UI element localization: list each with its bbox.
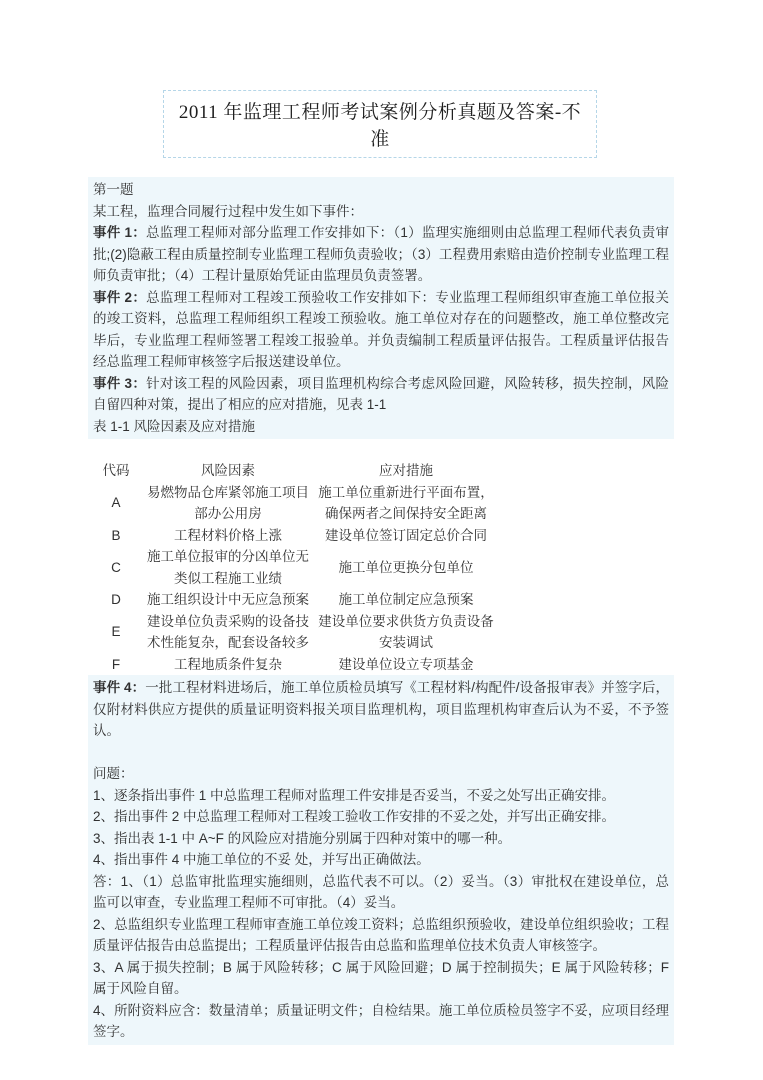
section-problem-statement: 第一题 某工程，监理合同履行过程中发生如下事件： 事件 1：总监理工程师对部分监… bbox=[88, 177, 674, 439]
question-item: 1、逐条指出事件 1 中总监理工程师对监理工件安排是否妥当，不妥之处写出正确安排… bbox=[93, 785, 669, 807]
document-title-box: 2011 年监理工程师考试案例分析真题及答案-不准 bbox=[163, 90, 597, 158]
paragraph-text: 4、所附资料应含：数量清单；质量证明文件；自检结果。施工单位质检员签字不妥，应项… bbox=[93, 1003, 669, 1040]
cell-code: E bbox=[88, 621, 144, 643]
question-item: 3、指出表 1-1 中 A~F 的风险应对措施分别属于四种对策中的哪一种。 bbox=[93, 828, 669, 850]
table-row: F 工程地质条件复杂 建设单位设立专项基金 bbox=[88, 654, 588, 676]
cell-measure: 施工单位重新进行平面布置，确保两者之间保持安全距离 bbox=[312, 482, 500, 525]
paragraph: 事件 2：总监理工程师对工程竣工预验收工作安排如下：专业监理工程师组织审查施工单… bbox=[93, 287, 669, 373]
paragraph-text: 4、指出事件 4 中施工单位的不妥 处，并写出正确做法。 bbox=[93, 852, 430, 867]
table-caption: 表 1-1 风险因素及应对措施 bbox=[93, 416, 669, 438]
answer-item: 3、A 属于损失控制；B 属于风险转移；C 属于风险回避；D 属于控制损失；E … bbox=[93, 957, 669, 1000]
document-title: 2011 年监理工程师考试案例分析真题及答案-不准 bbox=[179, 102, 581, 150]
header-factor: 风险因素 bbox=[144, 460, 312, 482]
cell-factor: 施工单位报审的分凶单位无类似工程施工业绩 bbox=[144, 546, 312, 589]
cell-code: A bbox=[88, 492, 144, 514]
paragraph-text: 1、逐条指出事件 1 中总监理工程师对监理工件安排是否妥当，不妥之处写出正确安排… bbox=[93, 788, 615, 803]
table-row: E 建设单位负责采购的设备技术性能复杂，配套设备较多 建设单位要求供货方负责设备… bbox=[88, 611, 588, 654]
question-item: 2、指出事件 2 中总监理工程师对工程竣工验收工作安排的不妥之处，并写出正确安排… bbox=[93, 806, 669, 828]
paragraph: 某工程，监理合同履行过程中发生如下事件： bbox=[93, 201, 669, 223]
paragraph-bold-prefix: 事件 4： bbox=[93, 680, 145, 695]
spacer-line bbox=[93, 742, 669, 764]
paragraph: 事件 4：一批工程材料进场后，施工单位质检员填写《工程材料/构配件/设备报审表》… bbox=[93, 677, 669, 742]
table-row: C 施工单位报审的分凶单位无类似工程施工业绩 施工单位更换分包单位 bbox=[88, 546, 588, 589]
cell-measure: 施工单位制定应急预案 bbox=[312, 589, 500, 611]
paragraph-bold-prefix: 事件 2： bbox=[93, 290, 146, 305]
cell-code: C bbox=[88, 557, 144, 579]
paragraph-text: 问题： bbox=[93, 766, 134, 781]
cell-code: B bbox=[88, 525, 144, 547]
paragraph-text: 3、指出表 1-1 中 A~F 的风险应对措施分别属于四种对策中的哪一种。 bbox=[93, 831, 511, 846]
cell-measure: 建设单位签订固定总价合同 bbox=[312, 525, 500, 547]
header-code: 代码 bbox=[88, 460, 144, 482]
answer-item: 2、总监组织专业监理工程师审查施工单位竣工资料；总监组织预验收，建设单位组织验收… bbox=[93, 914, 669, 957]
cell-factor: 易燃物品仓库紧邻施工项目部办公用房 bbox=[144, 482, 312, 525]
table-row: A 易燃物品仓库紧邻施工项目部办公用房 施工单位重新进行平面布置，确保两者之间保… bbox=[88, 482, 588, 525]
paragraph-text: 3、A 属于损失控制；B 属于风险转移；C 属于风险回避；D 属于控制损失；E … bbox=[93, 960, 669, 997]
cell-factor: 建设单位负责采购的设备技术性能复杂，配套设备较多 bbox=[144, 611, 312, 654]
paragraph-text: 2、指出事件 2 中总监理工程师对工程竣工验收工作安排的不妥之处，并写出正确安排… bbox=[93, 809, 615, 824]
paragraph-bold-prefix: 事件 3： bbox=[93, 376, 146, 391]
cell-factor: 工程材料价格上涨 bbox=[144, 525, 312, 547]
paragraph-text: 总监理工程师对部分监理工作安排如下：（1）监理实施细则由总监理工程师代表负责审批… bbox=[93, 225, 669, 283]
table-header-row: 代码 风险因素 应对措施 bbox=[88, 460, 588, 482]
section-questions-answers: 事件 4：一批工程材料进场后，施工单位质检员填写《工程材料/构配件/设备报审表》… bbox=[88, 675, 674, 1045]
risk-table: 代码 风险因素 应对措施 A 易燃物品仓库紧邻施工项目部办公用房 施工单位重新进… bbox=[88, 439, 588, 675]
table-row: D 施工组织设计中无应急预案 施工单位制定应急预案 bbox=[88, 589, 588, 611]
document-page: 2011 年监理工程师考试案例分析真题及答案-不准 第一题 某工程，监理合同履行… bbox=[0, 0, 763, 1080]
answer-item: 4、所附资料应含：数量清单；质量证明文件；自检结果。施工单位质检员签字不妥，应项… bbox=[93, 1000, 669, 1043]
paragraph-text: 表 1-1 风险因素及应对措施 bbox=[93, 419, 255, 434]
paragraph-text: 总监理工程师对工程竣工预验收工作安排如下：专业监理工程师组织审查施工单位报关的竣… bbox=[93, 290, 669, 370]
header-measure: 应对措施 bbox=[312, 460, 500, 482]
paragraph-text: 答：1、（1）总监审批监理实施细则，总监代表不可以。（2）妥当。（3）审批权在建… bbox=[93, 874, 669, 911]
table-row: B 工程材料价格上涨 建设单位签订固定总价合同 bbox=[88, 525, 588, 547]
paragraph: 第一题 bbox=[93, 179, 669, 201]
paragraph-text: 第一题 bbox=[93, 182, 134, 197]
paragraph-text: 某工程，监理合同履行过程中发生如下事件： bbox=[93, 204, 363, 219]
cell-measure: 施工单位更换分包单位 bbox=[312, 557, 500, 579]
cell-factor: 施工组织设计中无应急预案 bbox=[144, 589, 312, 611]
questions-heading: 问题： bbox=[93, 763, 669, 785]
paragraph-text: 针对该工程的风险因素，项目监理机构综合考虑风险回避，风险转移，损失控制，风险自留… bbox=[93, 376, 669, 413]
cell-measure: 建设单位设立专项基金 bbox=[312, 654, 500, 676]
cell-measure: 建设单位要求供货方负责设备安装调试 bbox=[312, 611, 500, 654]
cell-code: D bbox=[88, 589, 144, 611]
question-item: 4、指出事件 4 中施工单位的不妥 处，并写出正确做法。 bbox=[93, 849, 669, 871]
cell-code: F bbox=[88, 654, 144, 676]
answer-item: 答：1、（1）总监审批监理实施细则，总监代表不可以。（2）妥当。（3）审批权在建… bbox=[93, 871, 669, 914]
paragraph-bold-prefix: 事件 1： bbox=[93, 225, 146, 240]
paragraph: 事件 3：针对该工程的风险因素，项目监理机构综合考虑风险回避，风险转移，损失控制… bbox=[93, 373, 669, 416]
paragraph-text: 一批工程材料进场后，施工单位质检员填写《工程材料/构配件/设备报审表》并签字后，… bbox=[93, 680, 669, 738]
cell-factor: 工程地质条件复杂 bbox=[144, 654, 312, 676]
paragraph: 事件 1：总监理工程师对部分监理工作安排如下：（1）监理实施细则由总监理工程师代… bbox=[93, 222, 669, 287]
paragraph-text: 2、总监组织专业监理工程师审查施工单位竣工资料；总监组织预验收，建设单位组织验收… bbox=[93, 917, 669, 954]
